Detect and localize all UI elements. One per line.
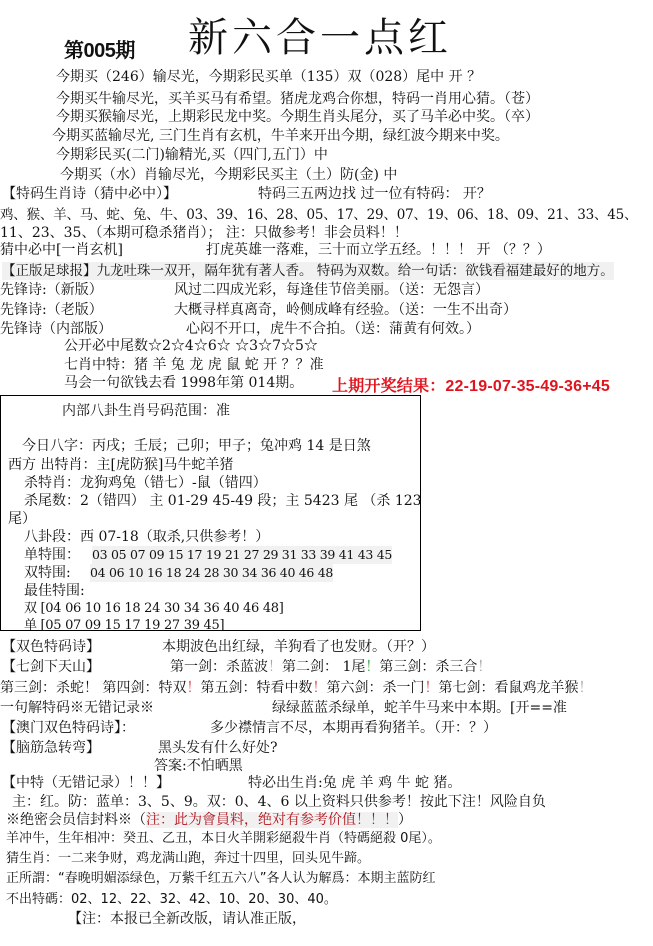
seven-swords-line-2: 第三剑：杀蛇！ 第四剑：特双！第五剑：特看中数！第六剑：杀一门！第七剑：看鼠鸡龙… [0,679,592,697]
pioneer-old-text: 大概寻样真离奇，岭侧成峰有经验。（送：一生不出奇） [174,301,517,319]
football-report: 【正版足球报】九龙吐珠一双开，隔年犹有著人香。 特码为双数。给一句话：欲钱看福建… [2,262,614,280]
pioneer-new-label: 先锋诗:（新版） [0,281,103,299]
exclaim: ！ [424,680,438,696]
riddle-text: 打虎英雄一落难，三十而立学五经。！！！ 开 （？？） [206,241,551,259]
closing-line-1: 羊冲牛，生年相冲：癸丑、乙丑，本日火羊開彩絕殺牛肖（特碼絕殺 0尾）。 [6,830,441,848]
pioneer-old-label: 先锋诗:（老版） [0,301,103,319]
last-draw-label: 上期开奖结果： [332,378,445,395]
exclaim: ！ [186,680,200,696]
closing-line-3: 正所謂：“春晚明媚添绿色，万紫千红五六八”各人认为解爲：本期主蓝防红 [6,870,435,888]
secret-line: ※绝密会员信封料※（注：此为會員料，绝对有参考价值！！！） [6,811,412,829]
sword-2: 第二剑： 1尾 [282,659,365,675]
secret-label: ※绝密会员信封料※（ [6,812,146,828]
macau-poem-text: 多少襟情言不尽，本期再看狗猪羊。（开：？） [210,719,497,737]
zodiac-number-list-cont: 11、23、35、（本期可稳杀猪肖）； 注：只做参考！非会员料！！ [0,224,408,242]
secret-red-note: 注：此为會員料，绝对有参考价值！！！ [146,812,398,828]
odd-range-values: 03 05 07 09 15 17 19 21 27 29 31 33 39 4… [92,546,392,564]
intro-line-2: 今期买牛输尽光，买羊买马有希望。猪虎龙鸡合你想，特码一肖用心猜。（苍） [56,90,539,108]
brain-teaser-answer: 答案:不怕晒黑 [154,757,243,775]
zodiac-number-list: 鸡、猴、羊、马、蛇、兔、牛、03、39、16、28、05、17、29、07、19… [0,206,637,224]
poem-text: 特码三五两边找 过一位有特码： 开？ [258,185,491,203]
last-draw-numbers: 22-19-07-35-49-36+45 [445,378,610,395]
sword-7: 第七剑：看鼠鸡龙羊猴 [438,680,578,696]
exclaim: ！ [578,680,592,696]
one-sentence-text: 绿绿蓝蓝杀绿单，蛇羊牛马来中本期。[开==准 [272,699,567,717]
closing-line-4: 不出特碼：02、12、22、32、42、10、20、30、40。 [6,891,337,909]
secret-close: ） [398,812,412,828]
sword-1: 第一剑：杀蓝波 [170,659,268,675]
sword-5: 第五剑：特看中数 [200,680,312,696]
sword-3: 第三剑：杀三合 [379,659,477,675]
pioneer-new-text: 风过二四成光彩，每逢佳节倍美丽。（送：无怨言） [174,281,489,299]
last-draw-result: 上期开奖结果：22-19-07-35-49-36+45 [332,373,610,396]
best-odd: 单 [05 07 09 15 17 19 27 39 45] [24,617,224,635]
bagua-segment: 八卦段：西 07-18（取杀,只供参考！） [24,528,269,546]
main-guard-line: 主：红。防：蓝单：3、5、9。双：0、4、6 以上资料只供参考！按此下注！风险自… [12,793,546,811]
exclaim: ！ [365,659,379,675]
exclaim: ！ [268,659,282,675]
odd-range-label: 单特围： [24,546,80,564]
sword-6: 第六剑：杀一门 [326,680,424,696]
issue-number: 第005期 [64,34,135,63]
bagua-title: 内部八卦生肖号码范围：准 [62,402,230,420]
pioneer-internal-label: 先锋诗（内部版） [0,320,112,338]
even-range-label: 双特围: [24,564,71,582]
poem-label: 【特码生肖诗（猜中必中）】 [2,185,177,203]
seven-swords-line-1: 第一剑：杀蓝波！第二剑： 1尾！第三剑：杀三合！ [170,658,491,676]
seven-swords-label: 【七剑下天山】 [2,658,100,676]
riddle-label: 猜中必中[一肖玄机] [0,241,123,259]
exclaim: ！ [477,659,491,675]
intro-line-6: 今期买（水）肖输尽光，今期彩民买主（土）防(金) 中 [60,166,397,184]
bazi-line-2: 西方 出特肖：主[虎防猴]马牛蛇羊猪 [8,456,233,474]
exclaim: ！ [312,680,326,696]
kill-tail-2: 尾） [8,510,36,528]
zhongte-text: 特必出生肖:兔 虎 羊 鸡 牛 蛇 猪。 [248,774,461,792]
seven-zodiac: 七肖中特：猪 羊 兔 龙 虎 鼠 蛇 开 ？？准 [64,356,324,374]
footer-note: 【注：本报已全新改版，请认准正版， [68,910,306,928]
tail-numbers: 公开必中尾数☆2☆4☆6☆ ☆3☆7☆5☆ [64,337,318,355]
closing-line-2: 猜生肖：一二来争财，鸡龙满山跑，奔过十四里，回头见牛蹄。 [6,850,370,868]
macau-line: 马会一句欲钱去看 1998年第 014期。 [64,374,303,392]
kill-tail-1: 杀尾数：2（错四） 主 01-29 45-49 段；主 5423 尾 （杀 12… [24,492,422,510]
one-sentence-label: 一句解特码※无错记录※ [0,699,154,717]
macau-poem-label: 【澳门双色特码诗】： [2,719,135,737]
intro-line-5: 今期彩民买(二门)输精光,买（四门,五门）中 [56,146,328,164]
brain-teaser-label: 【脑筋急转弯】 [2,739,100,757]
intro-line-3: 今期买猴输尽光，上期彩民龙中奖。今期生肖头尾分，买了马羊必中奖。（卒） [56,108,539,126]
sword-3-4: 第三剑：杀蛇！ 第四剑：特双 [0,680,186,696]
zhongte-label: 【中特（无错记录）！！】 [2,774,170,792]
intro-line-4: 今期买蓝输尽光, 三门生肖有玄机，牛羊来开出今期，绿红波今期来中奖。 [52,127,509,145]
color-poem-text: 本期波色出红绿，羊狗看了也发财。（开？） [162,638,435,656]
intro-line-1: 今期买（246）输尽光，今期彩民买单（135）双（028）尾中 开 ？ [56,68,481,86]
even-range-values: 04 06 10 16 18 24 28 30 34 36 40 46 48 [90,564,333,582]
best-range-label: 最佳特围: [24,582,85,600]
best-even: 双 [04 06 10 16 18 24 30 34 36 40 46 48] [24,600,284,618]
bazi-line-1: 今日八字：丙戌；壬辰；己卯；甲子；兔冲鸡 14 是日煞 [22,437,371,455]
brain-teaser-question: 黑头发有什么好处? [158,739,278,757]
page-title: 新六合一点红 [188,14,452,62]
color-poem-label: 【双色特码诗】 [2,638,100,656]
kill-zodiac: 杀特肖：龙狗鸡兔（错七）-鼠（错四） [24,474,267,492]
pioneer-internal-text: 心闷不开口，虎牛不合拍。（送：蒲黄有何效。） [186,320,480,338]
